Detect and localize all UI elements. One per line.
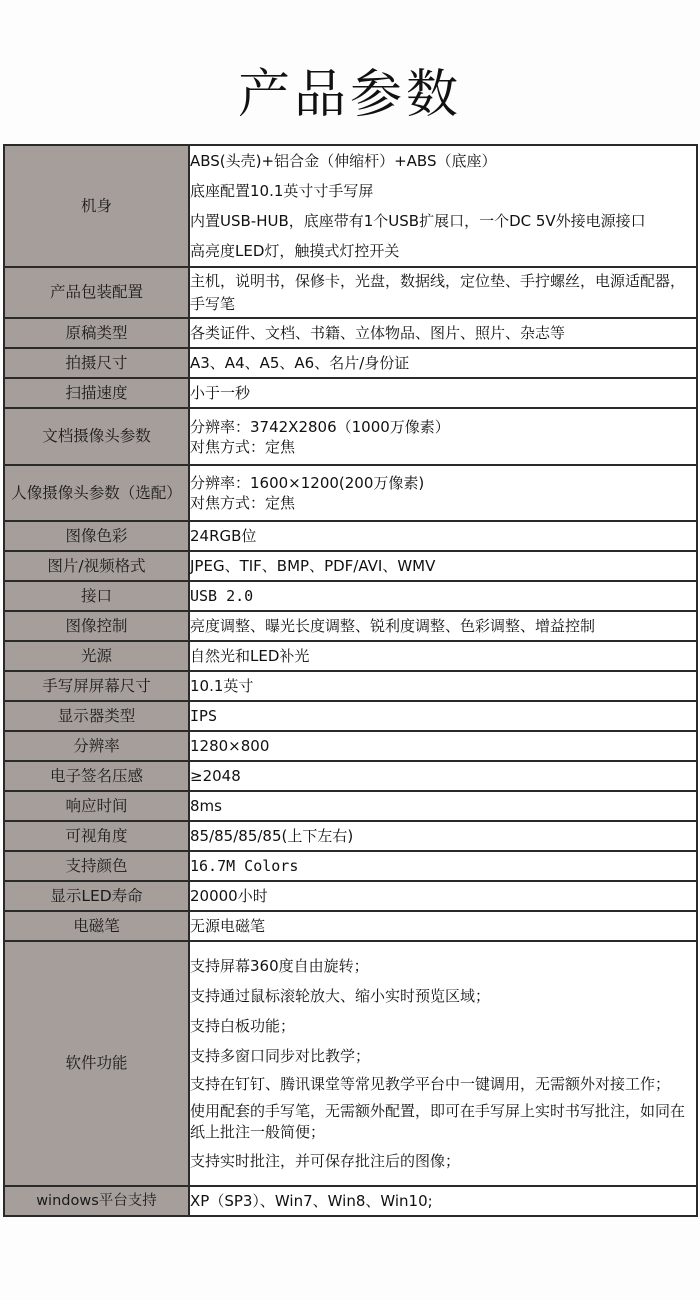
spec-table: 机身 ABS(头壳)+铝合金（伸缩杆）+ABS（底座） 底座配置10.1英寸寸手… (3, 144, 698, 1217)
row-label: 图像色彩 (4, 521, 189, 551)
value-line: 支持多窗口同步对比教学； (190, 1041, 696, 1071)
value-line: 分辨率：1600×1200(200万像素) (190, 473, 696, 493)
row-label: 拍摄尺寸 (4, 348, 189, 378)
table-row: 图片/视频格式 JPEG、TIF、BMP、PDF/AVI、WMV (4, 551, 697, 581)
row-value: 自然光和LED补光 (189, 641, 697, 671)
row-label: 软件功能 (4, 941, 189, 1186)
row-label: 原稿类型 (4, 318, 189, 348)
table-row: windows平台支持 XP（SP3）、Win7、Win8、Win10; (4, 1186, 697, 1216)
table-row: 支持颜色 16.7M Colors (4, 851, 697, 881)
page-title: 产品参数 (0, 60, 700, 130)
table-row: 手写屏屏幕尺寸 10.1英寸 (4, 671, 697, 701)
table-row: 人像摄像头参数（选配） 分辨率：1600×1200(200万像素) 对焦方式：定… (4, 465, 697, 521)
table-row: 分辨率 1280×800 (4, 731, 697, 761)
table-row: 软件功能 支持屏幕360度自由旋转； 支持通过鼠标滚轮放大、缩小实时预览区域； … (4, 941, 697, 1186)
row-label: 电子签名压感 (4, 761, 189, 791)
row-value: 8ms (189, 791, 697, 821)
row-value: 10.1英寸 (189, 671, 697, 701)
row-value: JPEG、TIF、BMP、PDF/AVI、WMV (189, 551, 697, 581)
value-line: ABS(头壳)+铝合金（伸缩杆）+ABS（底座） (190, 146, 696, 176)
row-label: 电磁笔 (4, 911, 189, 941)
row-label: 图像控制 (4, 611, 189, 641)
table-row: 图像色彩 24RGB位 (4, 521, 697, 551)
table-row: 图像控制 亮度调整、曝光长度调整、锐利度调整、色彩调整、增益控制 (4, 611, 697, 641)
value-line: 支持通过鼠标滚轮放大、缩小实时预览区域； (190, 981, 696, 1011)
row-label: 产品包装配置 (4, 267, 189, 318)
value-line: 对焦方式：定焦 (190, 493, 696, 513)
row-value: 20000小时 (189, 881, 697, 911)
row-value: 16.7M Colors (189, 851, 697, 881)
value-line: 支持实时批注，并可保存批注后的图像； (190, 1146, 696, 1176)
row-value: XP（SP3）、Win7、Win8、Win10; (189, 1186, 697, 1216)
row-label: 接口 (4, 581, 189, 611)
row-label: 图片/视频格式 (4, 551, 189, 581)
value-line: 分辨率：3742X2806（1000万像素） (190, 417, 696, 437)
row-value: 各类证件、文档、书籍、立体物品、图片、照片、杂志等 (189, 318, 697, 348)
table-row: 电磁笔 无源电磁笔 (4, 911, 697, 941)
table-row: 扫描速度 小于一秒 (4, 378, 697, 408)
row-label: 分辨率 (4, 731, 189, 761)
table-row: 显示LED寿命 20000小时 (4, 881, 697, 911)
value-line: 支持在钉钉、腾讯课堂等常见教学平台中一键调用，无需额外对接工作； (190, 1071, 696, 1098)
table-row: 机身 ABS(头壳)+铝合金（伸缩杆）+ABS（底座） 底座配置10.1英寸寸手… (4, 145, 697, 267)
table-row: 响应时间 8ms (4, 791, 697, 821)
table-row: 电子签名压感 ≥2048 (4, 761, 697, 791)
table-row: 原稿类型 各类证件、文档、书籍、立体物品、图片、照片、杂志等 (4, 318, 697, 348)
row-label: 光源 (4, 641, 189, 671)
row-value: 无源电磁笔 (189, 911, 697, 941)
row-label: 人像摄像头参数（选配） (4, 465, 189, 521)
value-line: 使用配套的手写笔，无需额外配置，即可在手写屏上实时书写批注，如同在纸上批注一般简… (190, 1098, 696, 1146)
row-value: 支持屏幕360度自由旋转； 支持通过鼠标滚轮放大、缩小实时预览区域； 支持白板功… (189, 941, 697, 1186)
row-label: 文档摄像头参数 (4, 408, 189, 465)
row-label: 响应时间 (4, 791, 189, 821)
row-label: 手写屏屏幕尺寸 (4, 671, 189, 701)
row-label: 显示器类型 (4, 701, 189, 731)
value-line: 内置USB-HUB，底座带有1个USB扩展口，一个DC 5V外接电源接口 (190, 206, 696, 236)
row-value: USB 2.0 (189, 581, 697, 611)
row-label: 机身 (4, 145, 189, 267)
row-value: A3、A4、A5、A6、名片/身份证 (189, 348, 697, 378)
row-value: 1280×800 (189, 731, 697, 761)
value-line: 底座配置10.1英寸寸手写屏 (190, 176, 696, 206)
row-value: ≥2048 (189, 761, 697, 791)
value-line: 支持屏幕360度自由旋转； (190, 951, 696, 981)
row-value: 亮度调整、曝光长度调整、锐利度调整、色彩调整、增益控制 (189, 611, 697, 641)
row-value: IPS (189, 701, 697, 731)
table-row: 显示器类型 IPS (4, 701, 697, 731)
row-value: ABS(头壳)+铝合金（伸缩杆）+ABS（底座） 底座配置10.1英寸寸手写屏 … (189, 145, 697, 267)
row-label: 显示LED寿命 (4, 881, 189, 911)
row-value: 分辨率：1600×1200(200万像素) 对焦方式：定焦 (189, 465, 697, 521)
table-row: 拍摄尺寸 A3、A4、A5、A6、名片/身份证 (4, 348, 697, 378)
value-line: 支持白板功能； (190, 1011, 696, 1041)
value-line: 对焦方式：定焦 (190, 437, 696, 457)
row-value: 小于一秒 (189, 378, 697, 408)
row-label: windows平台支持 (4, 1186, 189, 1216)
table-row: 产品包装配置 主机，说明书，保修卡，光盘，数据线，定位垫、手拧螺丝，电源适配器，… (4, 267, 697, 318)
row-value: 24RGB位 (189, 521, 697, 551)
table-row: 可视角度 85/85/85/85(上下左右) (4, 821, 697, 851)
row-value: 85/85/85/85(上下左右) (189, 821, 697, 851)
row-value: 分辨率：3742X2806（1000万像素） 对焦方式：定焦 (189, 408, 697, 465)
row-label: 可视角度 (4, 821, 189, 851)
row-label: 扫描速度 (4, 378, 189, 408)
value-line: 高亮度LED灯，触摸式灯控开关 (190, 236, 696, 266)
table-row: 光源 自然光和LED补光 (4, 641, 697, 671)
table-row: 接口 USB 2.0 (4, 581, 697, 611)
row-label: 支持颜色 (4, 851, 189, 881)
row-value: 主机，说明书，保修卡，光盘，数据线，定位垫、手拧螺丝，电源适配器，手写笔 (189, 267, 697, 318)
table-row: 文档摄像头参数 分辨率：3742X2806（1000万像素） 对焦方式：定焦 (4, 408, 697, 465)
